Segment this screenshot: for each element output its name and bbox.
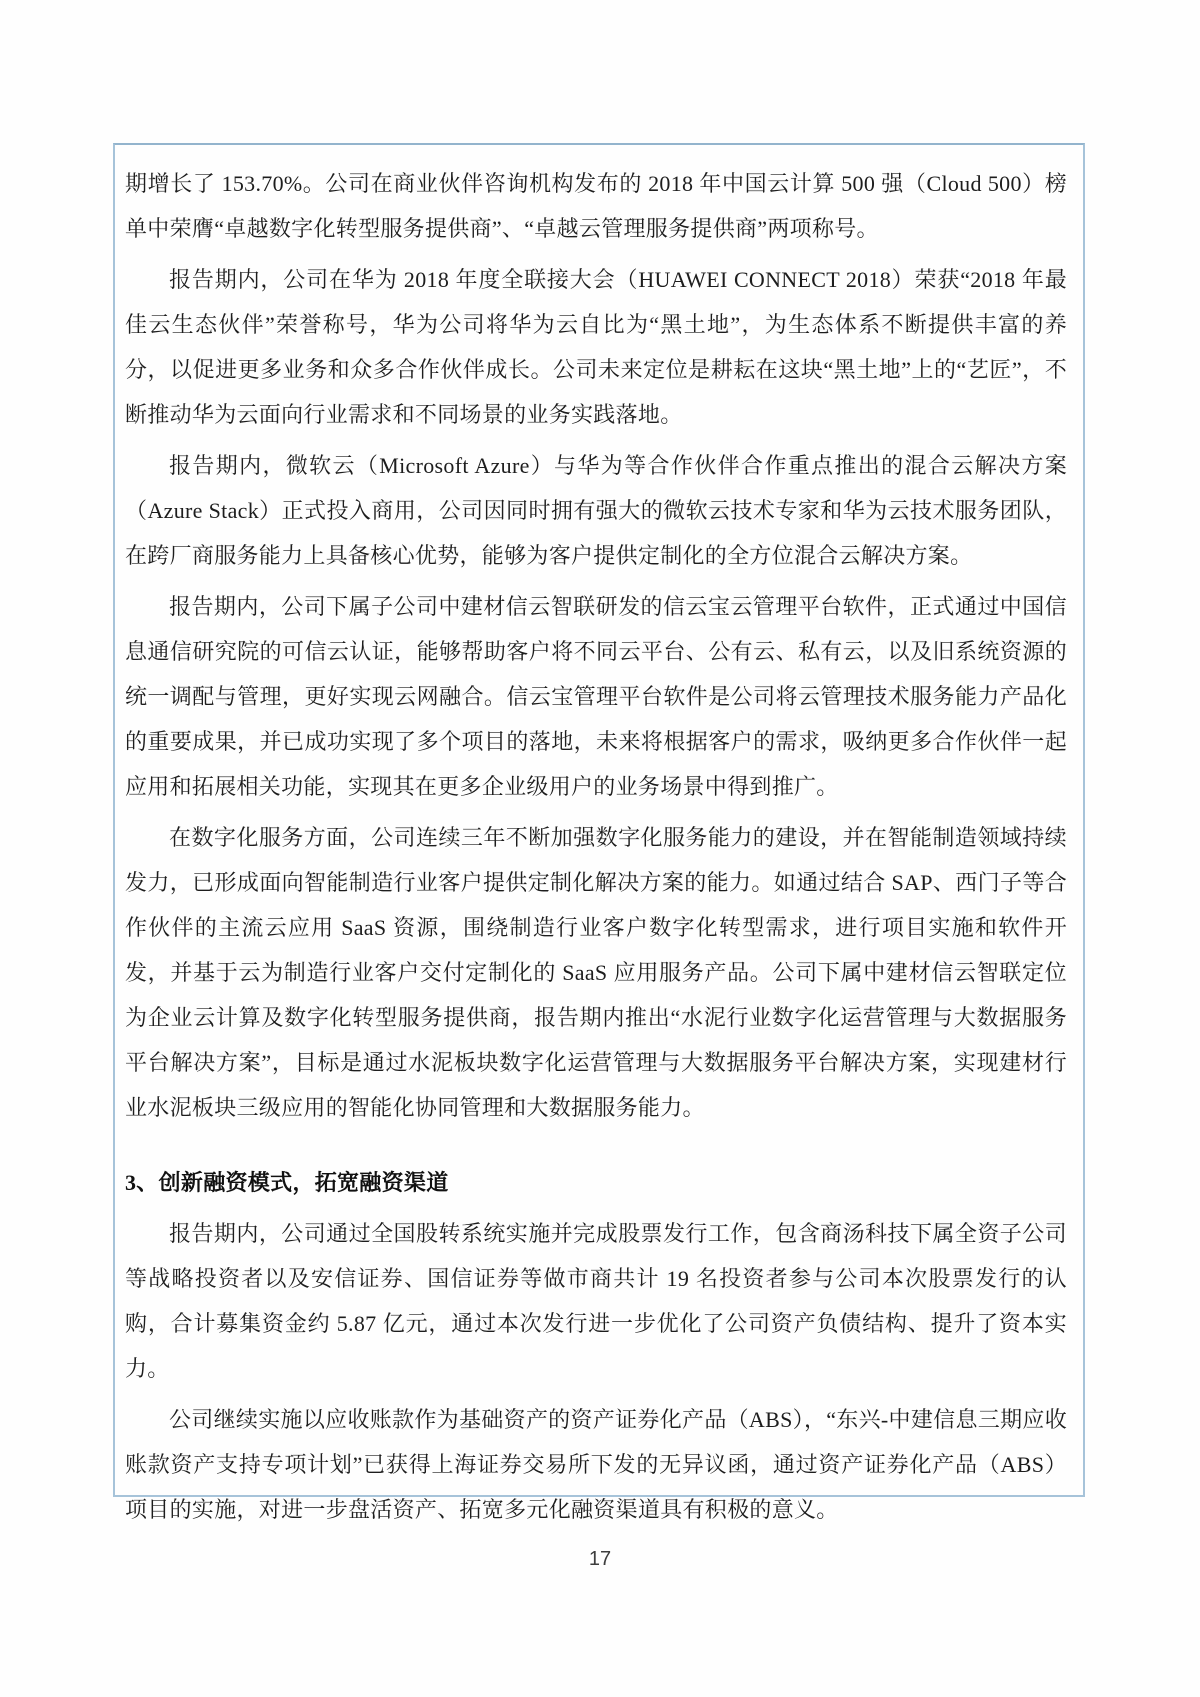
paragraph-abs-product: 公司继续实施以应收账款作为基础资产的资产证券化产品（ABS），“东兴-中建信息三… bbox=[125, 1397, 1067, 1532]
paragraph-digital-services: 在数字化服务方面，公司连续三年不断加强数字化服务能力的建设，并在智能制造领域持续… bbox=[125, 815, 1067, 1130]
page-number: 17 bbox=[0, 1548, 1200, 1571]
section-heading-financing: 3、创新融资模式，拓宽融资渠道 bbox=[125, 1160, 1067, 1205]
paragraph-microsoft-azure: 报告期内，微软云（Microsoft Azure）与华为等合作伙伴合作重点推出的… bbox=[125, 443, 1067, 578]
paragraph-stock-issuance: 报告期内，公司通过全国股转系统实施并完成股票发行工作，包含商汤科技下属全资子公司… bbox=[125, 1211, 1067, 1391]
content-border-box: 期增长了 153.70%。公司在商业伙伴咨询机构发布的 2018 年中国云计算 … bbox=[113, 143, 1085, 1497]
document-page: 期增长了 153.70%。公司在商业伙伴咨询机构发布的 2018 年中国云计算 … bbox=[0, 0, 1200, 1697]
paragraph-xinyunbao-platform: 报告期内，公司下属子公司中建材信云智联研发的信云宝云管理平台软件，正式通过中国信… bbox=[125, 584, 1067, 809]
paragraph-continuation: 期增长了 153.70%。公司在商业伙伴咨询机构发布的 2018 年中国云计算 … bbox=[125, 161, 1067, 251]
paragraph-huawei-award: 报告期内，公司在华为 2018 年度全联接大会（HUAWEI CONNECT 2… bbox=[125, 257, 1067, 437]
